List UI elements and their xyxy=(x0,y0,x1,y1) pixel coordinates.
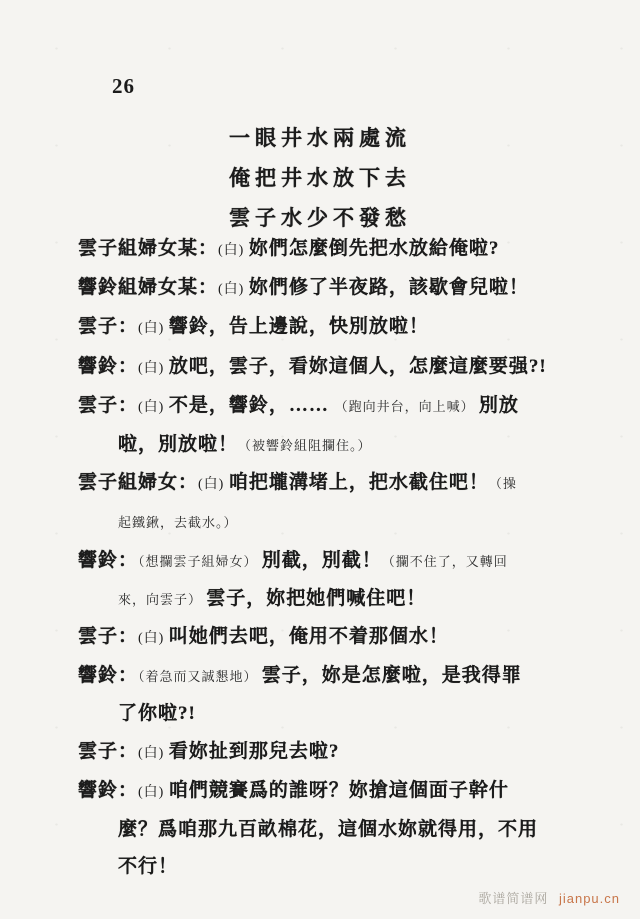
watermark-site-name: 歌谱简谱网 xyxy=(478,891,548,906)
dialogue-segment-speaker: 雲子組婦女： xyxy=(78,472,198,493)
dialogue-segment-text: 不是，響鈴，…… xyxy=(169,395,335,416)
dialogue-segment-text: 放吧，雲子，看妳這個人，怎麼這麼要强?! xyxy=(169,356,547,377)
dialogue-segment-speaker: 響鈴： xyxy=(78,665,138,686)
dialogue-line: 響鈴：(白) 放吧，雲子，看妳這個人，怎麼這麼要强?! xyxy=(78,348,578,387)
dialogue-line: 雲子組婦女某：(白) 妳們怎麼倒先把水放給俺啦? xyxy=(78,230,578,269)
dialogue-segment-marker: (白) xyxy=(138,785,169,800)
dialogue-block: 雲子組婦女某：(白) 妳們怎麼倒先把水放給俺啦?響鈴組婦女某：(白) 妳們修了半… xyxy=(78,230,578,885)
dialogue-line: 響鈴組婦女某：(白) 妳們修了半夜路，該歇會兒啦！ xyxy=(78,269,578,308)
dialogue-segment-marker: (白) xyxy=(138,631,169,646)
dialogue-segment-text: 雲子，妳是怎麼啦，是我得罪 xyxy=(262,665,522,686)
dialogue-segment-text: 咱們競賽爲的誰呀？妳搶這個面子幹什 xyxy=(169,780,509,801)
verse-block: 一眼井水兩處流俺把井水放下去雲子水少不發愁 xyxy=(0,118,640,238)
dialogue-segment-marker: (白) xyxy=(218,243,249,258)
dialogue-line: 雲子：(白) 叫她們去吧，俺用不着那個水！ xyxy=(78,618,578,657)
dialogue-segment-text: 別截，別截！ xyxy=(262,550,382,571)
dialogue-segment-marker: (白) xyxy=(138,321,169,336)
dialogue-segment-marker: (白) xyxy=(138,400,169,415)
dialogue-segment-text: 別放 xyxy=(479,395,519,416)
dialogue-segment-text: 妳們修了半夜路，該歇會兒啦！ xyxy=(249,277,529,298)
dialogue-line: 雲子：(白) 響鈴，告上邊說，快別放啦！ xyxy=(78,308,578,347)
dialogue-segment-marker: (白) xyxy=(138,361,169,376)
dialogue-segment-text: 不行！ xyxy=(118,856,178,877)
dialogue-line: 響鈴：（想攔雲子組婦女） 別截，別截！（攔不住了，又轉回 xyxy=(78,542,578,580)
dialogue-segment-stage: （攔不住了，又轉回 xyxy=(382,554,508,569)
dialogue-segment-marker: (白) xyxy=(198,477,229,492)
dialogue-line: 響鈴：(白) 咱們競賽爲的誰呀？妳搶這個面子幹什 xyxy=(78,772,578,811)
dialogue-line: 雲子組婦女：(白) 咱把壠溝堵上，把水截住吧！（操 xyxy=(78,464,578,503)
dialogue-line: 響鈴：（着急而又誠懇地） 雲子，妳是怎麼啦，是我得罪 xyxy=(78,657,578,695)
verse-line: 一眼井水兩處流 xyxy=(0,118,640,158)
dialogue-segment-speaker: 響鈴： xyxy=(78,356,138,377)
watermark: 歌谱简谱网 jianpu.cn xyxy=(478,888,620,907)
dialogue-segment-speaker: 雲子組婦女某： xyxy=(78,238,218,259)
dialogue-segment-marker: (白) xyxy=(138,746,169,761)
dialogue-line: 雲子：(白) 看妳扯到那兒去啦? xyxy=(78,733,578,772)
dialogue-line: 起鐵鍬，去截水。） xyxy=(78,503,578,541)
dialogue-segment-speaker: 雲子： xyxy=(78,626,138,647)
dialogue-segment-text: 咱把壠溝堵上，把水截住吧！ xyxy=(229,472,489,493)
dialogue-segment-stage: （跑向井台，向上喊） xyxy=(335,399,479,414)
dialogue-segment-text: 看妳扯到那兒去啦? xyxy=(169,741,340,762)
verse-line: 俺把井水放下去 xyxy=(0,158,640,198)
dialogue-line: 雲子：(白) 不是，響鈴，…… （跑向井台，向上喊） 別放 xyxy=(78,387,578,426)
dialogue-segment-text: 麼？爲咱那九百畝棉花，這個水妳就得用，不用 xyxy=(118,819,538,840)
dialogue-segment-text: 雲子，妳把她們喊住吧！ xyxy=(206,588,426,609)
dialogue-segment-speaker: 雲子： xyxy=(78,395,138,416)
dialogue-segment-speaker: 響鈴： xyxy=(78,780,138,801)
dialogue-line: 麼？爲咱那九百畝棉花，這個水妳就得用，不用 xyxy=(78,811,578,848)
dialogue-segment-speaker: 雲子： xyxy=(78,741,138,762)
dialogue-line: 了你啦?! xyxy=(78,695,578,732)
dialogue-segment-text: 了你啦?! xyxy=(118,703,196,724)
dialogue-line: 來，向雲子） 雲子，妳把她們喊住吧！ xyxy=(78,580,578,618)
dialogue-segment-stage: （想攔雲子組婦女） xyxy=(138,554,262,569)
dialogue-segment-text: 叫她們去吧，俺用不着那個水！ xyxy=(169,626,449,647)
dialogue-segment-text: 響鈴，告上邊說，快別放啦！ xyxy=(169,316,429,337)
dialogue-segment-speaker: 響鈴組婦女某： xyxy=(78,277,218,298)
dialogue-segment-stage: 來，向雲子） xyxy=(118,592,206,607)
dialogue-segment-speaker: 響鈴： xyxy=(78,550,138,571)
scanned-script-page: 26 一眼井水兩處流俺把井水放下去雲子水少不發愁 雲子組婦女某：(白) 妳們怎麼… xyxy=(0,0,640,919)
dialogue-segment-stage: （被響鈴組阻攔住。） xyxy=(238,438,372,453)
dialogue-segment-marker: (白) xyxy=(218,282,249,297)
watermark-site-url: jianpu.cn xyxy=(559,891,620,906)
dialogue-segment-speaker: 雲子： xyxy=(78,316,138,337)
dialogue-segment-text: 妳們怎麼倒先把水放給俺啦? xyxy=(249,238,500,259)
dialogue-segment-stage: （着急而又誠懇地） xyxy=(138,669,262,684)
dialogue-line: 啦，別放啦！（被響鈴組阻攔住。） xyxy=(78,426,578,464)
page-number: 26 xyxy=(112,74,135,99)
dialogue-line: 不行！ xyxy=(78,848,578,885)
dialogue-segment-stage: （操 xyxy=(489,476,517,491)
dialogue-segment-text: 啦，別放啦！ xyxy=(118,434,238,455)
dialogue-segment-stage: 起鐵鍬，去截水。） xyxy=(118,515,238,530)
